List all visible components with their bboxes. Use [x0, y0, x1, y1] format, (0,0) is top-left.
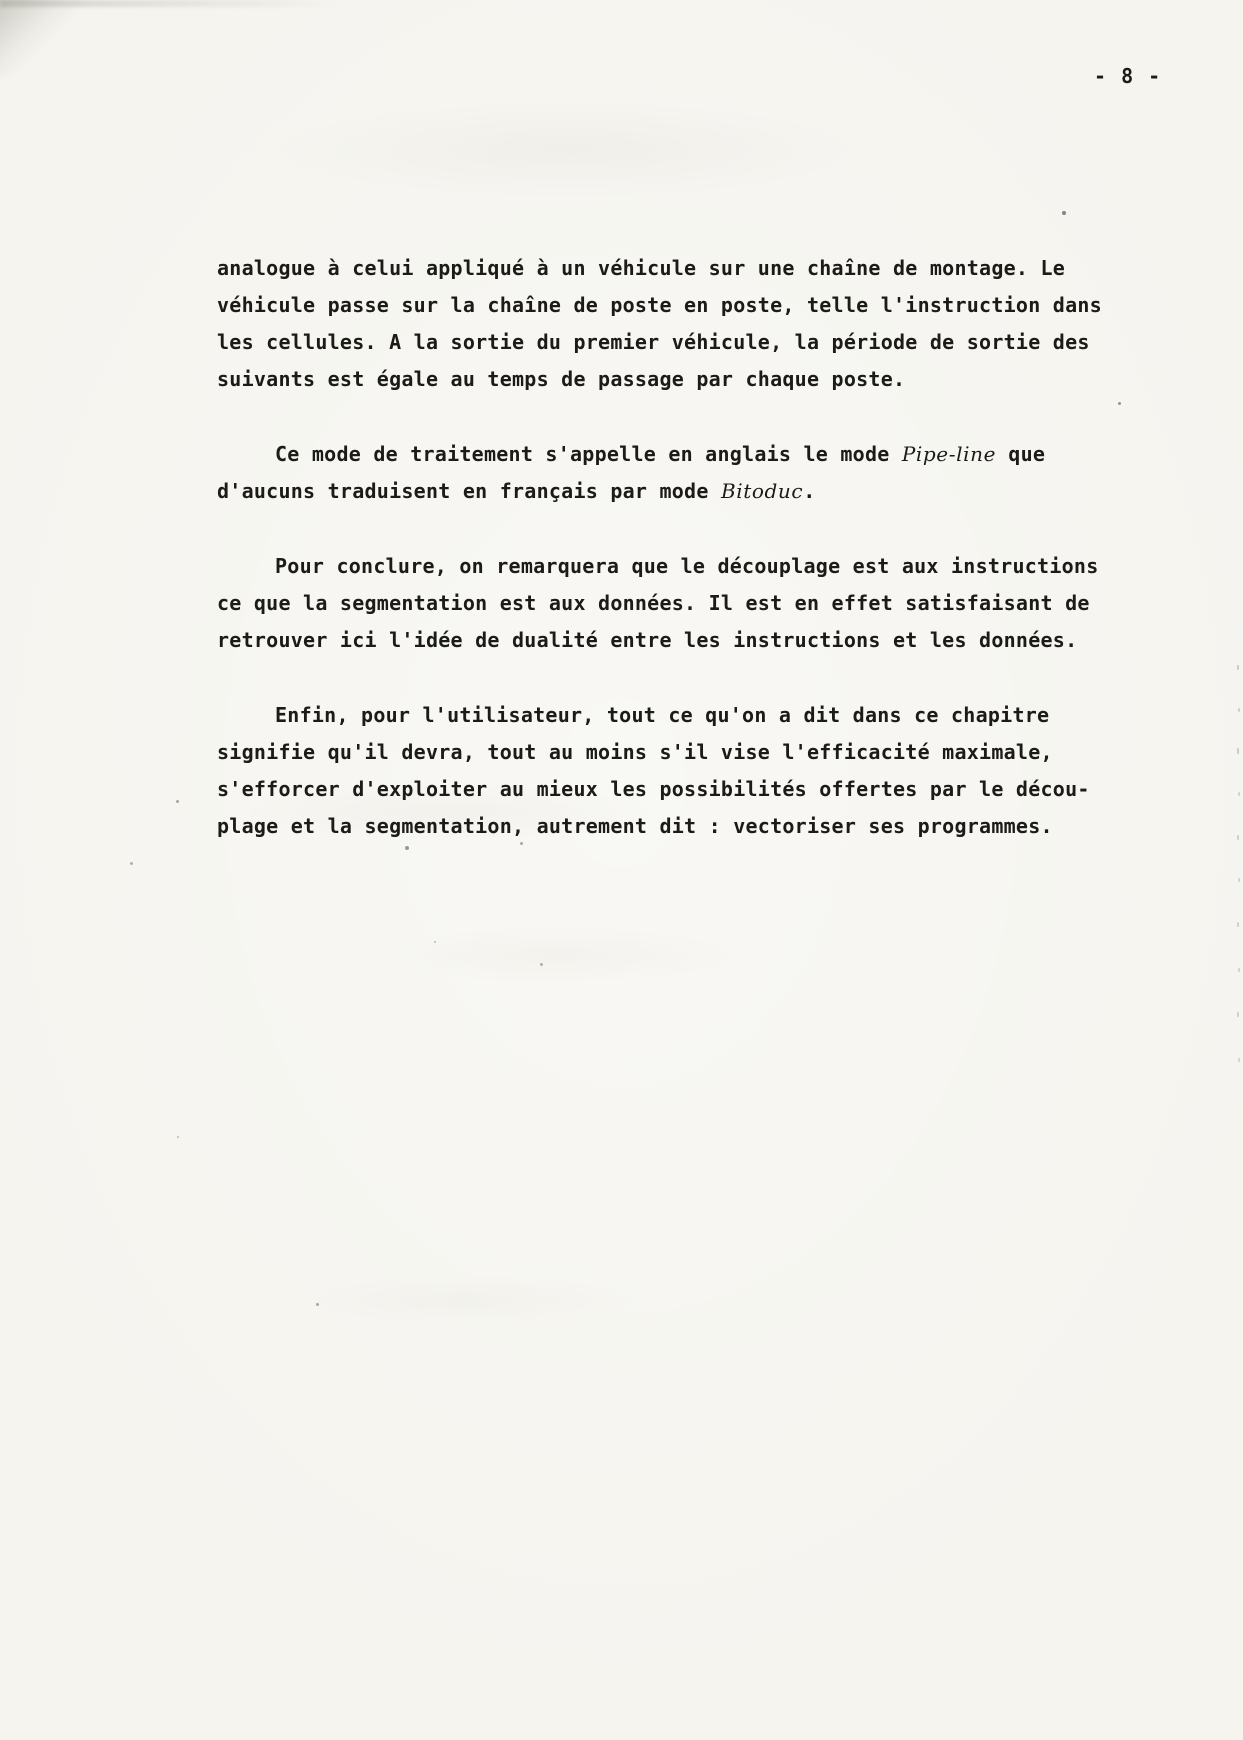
text-segment: ce que la segmentation est aux données. … [217, 591, 1090, 615]
text-segment: retrouver ici l'idée de dualité entre le… [217, 628, 1077, 652]
text-line: Ce mode de traitement s'appelle en angla… [217, 436, 1152, 473]
italic-term: Pipe-line [902, 442, 996, 466]
scan-speck-artifact [177, 1136, 179, 1138]
scan-edge-mark-artifact [1237, 1012, 1239, 1017]
text-segment: suivants est égale au temps de passage p… [217, 367, 905, 391]
text-line: ce que la segmentation est aux données. … [217, 585, 1152, 622]
document-body: analogue à celui appliqué à un véhicule … [217, 250, 1152, 845]
text-segment: plage et la segmentation, autrement dit … [217, 814, 1053, 838]
scan-speck-artifact [434, 941, 436, 943]
text-line: signifie qu'il devra, tout au moins s'il… [217, 734, 1152, 771]
text-segment: Pour conclure, on remarquera que le déco… [275, 554, 1099, 578]
text-line: analogue à celui appliqué à un véhicule … [217, 250, 1152, 287]
text-segment: Enfin, pour l'utilisateur, tout ce qu'on… [275, 703, 1049, 727]
scan-corner-smudge-artifact [0, 0, 92, 77]
scan-edge-mark-artifact [1238, 878, 1240, 882]
text-line: Pour conclure, on remarquera que le déco… [217, 548, 1152, 585]
paragraph: Pour conclure, on remarquera que le déco… [217, 548, 1152, 659]
text-segment: les cellules. A la sortie du premier véh… [217, 330, 1090, 354]
text-segment: véhicule passe sur la chaîne de poste en… [217, 293, 1102, 317]
scan-edge-mark-artifact [1238, 968, 1240, 972]
scan-edge-mark-artifact [1237, 665, 1239, 670]
text-line: retrouver ici l'idée de dualité entre le… [217, 622, 1152, 659]
text-segment: d'aucuns traduisent en français par mode [217, 479, 721, 503]
text-segment: signifie qu'il devra, tout au moins s'il… [217, 740, 1053, 764]
scan-speck-artifact [1062, 211, 1066, 215]
text-segment: analogue à celui appliqué à un véhicule … [217, 256, 1065, 280]
scan-edge-mark-artifact [1238, 708, 1240, 712]
scan-speck-artifact [540, 963, 543, 966]
scan-top-edge-artifact [0, 0, 340, 7]
scan-edge-mark-artifact [1237, 835, 1239, 840]
text-line: plage et la segmentation, autrement dit … [217, 808, 1152, 845]
scan-speck-artifact [405, 846, 409, 850]
scan-edge-mark-artifact [1238, 792, 1240, 796]
italic-term: Bitoduc [721, 479, 803, 503]
paragraph: analogue à celui appliqué à un véhicule … [217, 250, 1152, 398]
page-number: - 8 - [1094, 61, 1162, 91]
text-segment: Ce mode de traitement s'appelle en angla… [275, 442, 902, 466]
paragraph: Ce mode de traitement s'appelle en angla… [217, 436, 1152, 510]
scan-edge-mark-artifact [1238, 1058, 1240, 1062]
scan-edge-mark-artifact [1237, 748, 1239, 754]
scan-edge-mark-artifact [1237, 922, 1239, 927]
text-segment: que [996, 442, 1045, 466]
text-line: d'aucuns traduisent en français par mode… [217, 473, 1152, 510]
scan-speck-artifact [130, 862, 133, 865]
scanned-document-page: - 8 - analogue à celui appliqué à un véh… [0, 0, 1243, 1740]
scan-speck-artifact [316, 1303, 319, 1306]
text-segment: . [803, 479, 815, 503]
text-segment: s'efforcer d'exploiter au mieux les poss… [217, 777, 1090, 801]
scan-speck-artifact [1118, 402, 1121, 405]
text-line: s'efforcer d'exploiter au mieux les poss… [217, 771, 1152, 808]
paragraph: Enfin, pour l'utilisateur, tout ce qu'on… [217, 697, 1152, 845]
text-line: véhicule passe sur la chaîne de poste en… [217, 287, 1152, 324]
text-line: les cellules. A la sortie du premier véh… [217, 324, 1152, 361]
scan-speck-artifact [176, 800, 179, 803]
text-line: suivants est égale au temps de passage p… [217, 361, 1152, 398]
scan-speck-artifact [520, 842, 523, 845]
text-line: Enfin, pour l'utilisateur, tout ce qu'on… [217, 697, 1152, 734]
